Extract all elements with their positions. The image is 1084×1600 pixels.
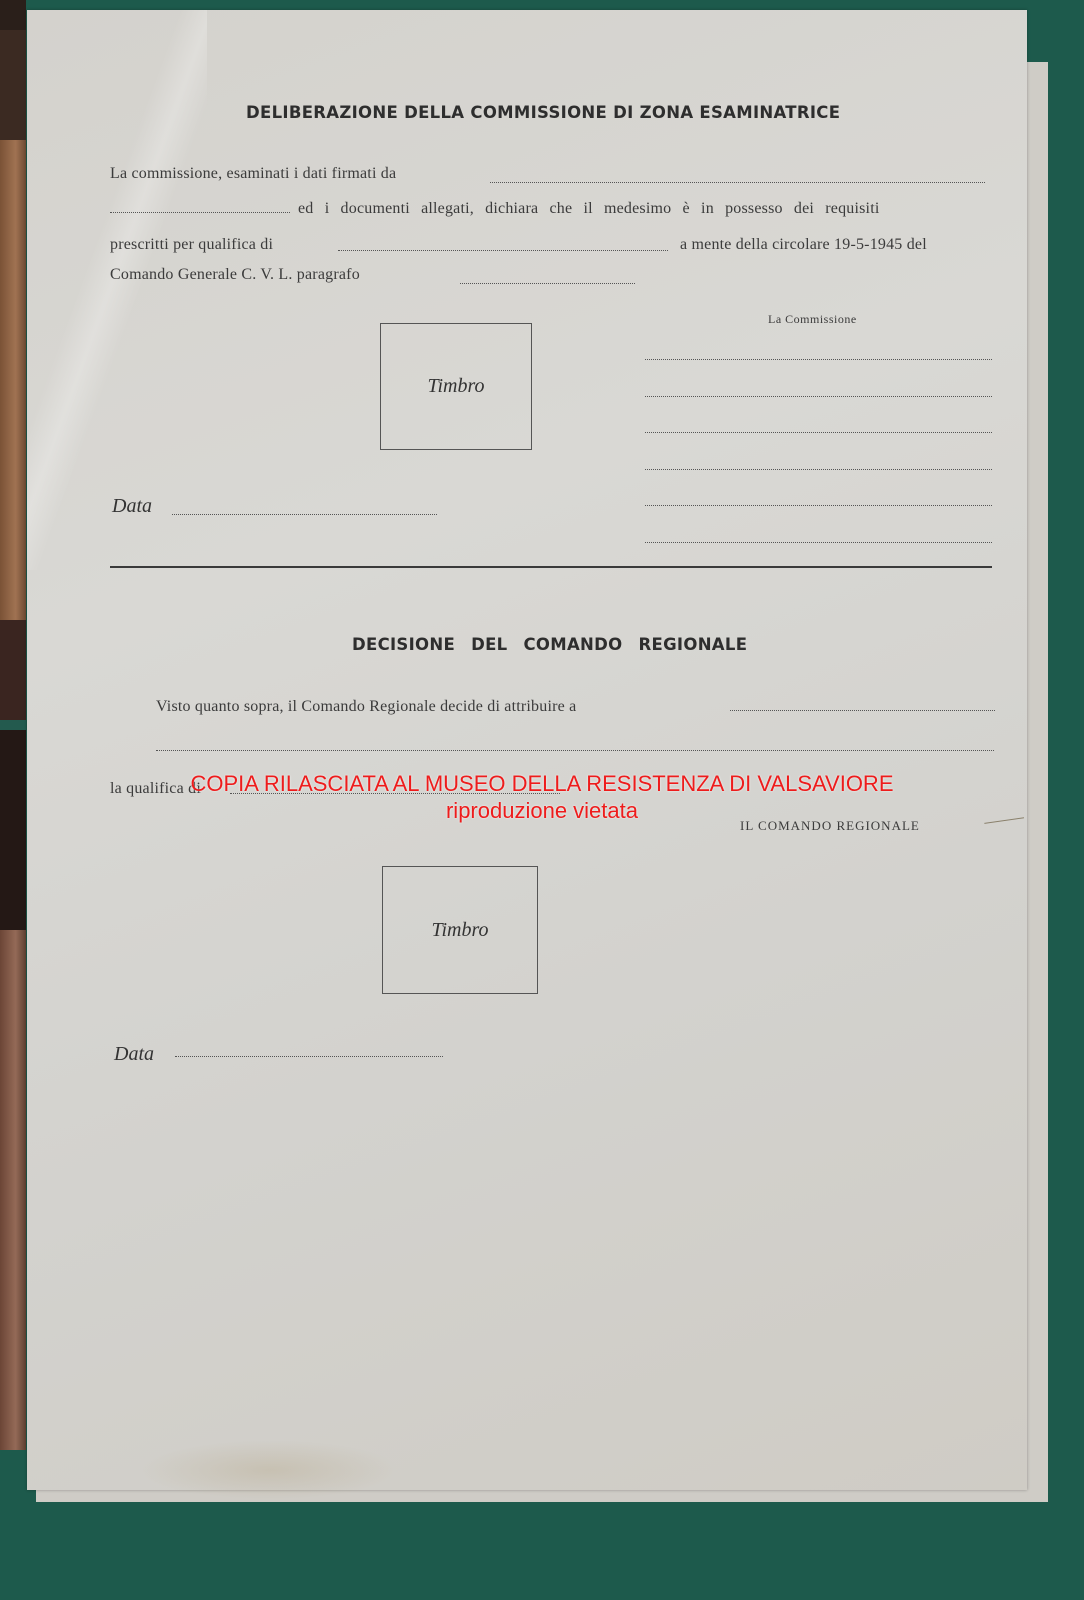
section1-line2: ed i documenti allegati, dichiara che il… [298,200,880,218]
section1-line3b: a mente della circolare 19-5-1945 del [680,236,927,254]
background-binder [0,930,26,1450]
background-binder [0,730,26,930]
commission-signature-line[interactable] [645,359,992,360]
background-binder [0,720,26,730]
field-date[interactable] [172,514,437,515]
field-assignee-cont[interactable] [156,750,994,751]
date-label: Data [112,495,152,518]
background-binder [0,0,26,30]
stamp-box: Timbro [380,323,532,450]
stamp-label: Timbro [427,375,484,398]
section2-line1: Visto quanto sopra, il Comando Regionale… [156,698,576,716]
stamp-box: Timbro [382,866,538,994]
commission-signature-line[interactable] [645,432,992,433]
commission-signature-line[interactable] [645,542,992,543]
field-date[interactable] [175,1056,443,1057]
section1-line3a: prescritti per qualifica di [110,236,273,254]
background-binder [0,140,26,620]
paper-stain [140,1440,400,1500]
section1-line1: La commissione, esaminati i dati firmati… [110,165,396,183]
commission-signature-line[interactable] [645,396,992,397]
date-label: Data [114,1043,154,1066]
watermark-line2: riproduzione vietata [0,798,1084,824]
section1-line4: Comando Generale C. V. L. paragrafo [110,266,360,284]
field-qualification[interactable] [338,250,668,251]
section1-title: DELIBERAZIONE DELLA COMMISSIONE DI ZONA … [246,103,840,122]
field-signed-by-cont[interactable] [110,212,290,213]
section-divider [110,566,992,568]
section2-title: DECISIONE DEL COMANDO REGIONALE [352,635,747,654]
watermark-line1: COPIA RILASCIATA AL MUSEO DELLA RESISTEN… [0,771,1084,797]
background-binder [0,1450,26,1600]
commission-signature-line[interactable] [645,505,992,506]
commission-label: La Commissione [768,312,857,327]
background-binder [0,620,26,720]
background-binder [0,30,26,140]
field-signed-by[interactable] [490,182,985,183]
commission-signature-line[interactable] [645,469,992,470]
stamp-label: Timbro [431,919,488,942]
field-paragraph[interactable] [460,283,635,284]
field-assignee[interactable] [730,710,995,711]
